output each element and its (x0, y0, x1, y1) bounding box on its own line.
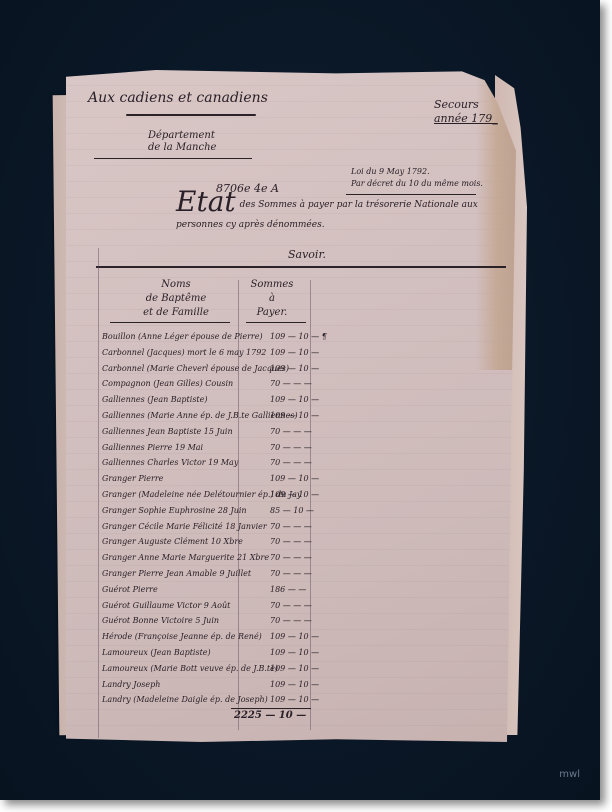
entry-name: Landry Joseph (102, 680, 160, 689)
entry-name: Lamoureux (Marie Bott veuve ép. de J.B.t… (102, 664, 278, 673)
names-column-header: Noms de Baptême et de Famille (126, 278, 226, 320)
law-line-1: Loi du 9 May 1792. (351, 166, 483, 178)
corner-note-line-2: année 179_ (434, 112, 498, 126)
entry-name: Granger Pierre Jean Amable 9 Juillet (102, 569, 251, 578)
names-header-line-2: de Baptême (126, 292, 226, 306)
entry-amount: 70 — — — (270, 569, 312, 578)
entry-amount: 186 — — (270, 585, 306, 594)
entry-amount: 70 — — — (270, 522, 312, 531)
amount-header-line-1: Sommes (242, 278, 302, 292)
entry-name: Guérot Guillaume Victor 9 Août (102, 601, 230, 610)
amount-header-line-2: à (242, 292, 302, 306)
law-reference: Loi du 9 May 1792. Par décret du 10 du m… (351, 166, 483, 190)
entry-name: Guérot Pierre (102, 585, 158, 594)
entry-amount: 70 — — — (270, 427, 312, 436)
amount-header-line-3: Payer. (242, 306, 302, 320)
entry-amount: 109 — 10 — (270, 411, 319, 420)
total-rule (231, 708, 311, 709)
entry-amount: 109 — 10 — (270, 664, 319, 673)
document-title: Etatdes Sommes à payer par la trésorerie… (176, 192, 506, 235)
entry-amount: 109 — 10 — (270, 474, 319, 483)
entry-amount: 109 — 10 — (270, 364, 319, 373)
entry-name: Landry (Madeleine Daigle ép. de Joseph) (102, 695, 268, 704)
entry-name: Granger Auguste Clément 10 Xbre (102, 537, 243, 546)
department-line-1: Département (148, 130, 216, 142)
corner-note-line-1: Secours (434, 98, 498, 112)
entry-name: Galliennes Pierre 19 Mai (102, 443, 203, 452)
department-line-2: de la Manche (148, 142, 216, 154)
manuscript-page: Aux cadiens et canadiens Département de … (66, 70, 516, 742)
entry-amount: 70 — — — (270, 443, 312, 452)
entry-amount: 109 — 10 — (270, 648, 319, 657)
entry-amount: 109 — 10 — (270, 348, 319, 357)
entry-amount: 109 — 10 — (270, 490, 319, 499)
total-amount: 2225 — 10 — (234, 710, 306, 721)
entry-amount: 109 — 10 — (270, 680, 319, 689)
amount-column-header: Sommes à Payer. (242, 278, 302, 320)
document-photograph: Aux cadiens et canadiens Département de … (0, 0, 600, 800)
title-initial: Etat (176, 185, 236, 218)
entry-amount: 109 — 10 — (270, 632, 319, 641)
law-line-2: Par décret du 10 du même mois. (351, 178, 483, 190)
entry-name: Carbonnel (Marie Cheverl épouse de Jacqu… (102, 364, 289, 373)
entry-name: Carbonnel (Jacques) mort le 6 may 1792 (102, 348, 266, 357)
entry-name: Granger Anne Marie Marguerite 21 Xbre (102, 553, 269, 562)
entry-amount: 70 — — — (270, 616, 312, 625)
amount-header-rule (246, 322, 306, 323)
names-header-line-3: et de Famille (126, 306, 226, 320)
entry-amount: 70 — — — (270, 537, 312, 546)
corner-note: Secours année 179_ (434, 98, 498, 126)
table-left-border (98, 248, 99, 738)
entry-amount: 109 — 10 — ¶ (270, 332, 327, 341)
entry-amount: 70 — — — (270, 553, 312, 562)
entry-name: Lamoureux (Jean Baptiste) (102, 648, 211, 657)
entry-amount: 109 — 10 — (270, 695, 319, 704)
entry-name: Granger Cécile Marie Félicité 18 Janvier (102, 522, 267, 531)
entry-amount: 85 — 10 — (270, 506, 314, 515)
watermark: mwl (559, 769, 580, 780)
header-double-rule (96, 266, 506, 268)
entry-name: Galliennes Jean Baptiste 15 Juin (102, 427, 233, 436)
names-header-rule (110, 322, 230, 323)
entry-name: Galliennes (Jean Baptiste) (102, 395, 208, 404)
entry-name: Hérode (Françoise Jeanne ép. de René) (102, 632, 262, 641)
entry-amount: 70 — — — (270, 379, 312, 388)
entry-name: Guérot Bonne Victoire 5 Juin (102, 616, 219, 625)
entry-amount: 70 — — — (270, 458, 312, 467)
department-label: Département de la Manche (148, 130, 216, 154)
entry-name: Granger Pierre (102, 474, 163, 483)
entry-name: Galliennes (Marie Anne ép. de J.B.te Gal… (102, 411, 298, 420)
entry-amount: 109 — 10 — (270, 395, 319, 404)
entry-name: Compagnon (Jean Gilles) Cousin (102, 379, 233, 388)
savoir-label: Savoir. (288, 248, 326, 261)
document-heading: Aux cadiens et canadiens (88, 90, 268, 106)
heading-flourish (126, 114, 256, 116)
entry-name: Bouillon (Anne Léger épouse de Pierre) (102, 332, 263, 341)
names-header-line-1: Noms (126, 278, 226, 292)
department-rule (94, 158, 252, 159)
entry-name: Galliennes Charles Victor 19 May (102, 458, 238, 467)
entry-amount: 70 — — — (270, 601, 312, 610)
entry-name: Granger Sophie Euphrosine 28 Juin (102, 506, 247, 515)
